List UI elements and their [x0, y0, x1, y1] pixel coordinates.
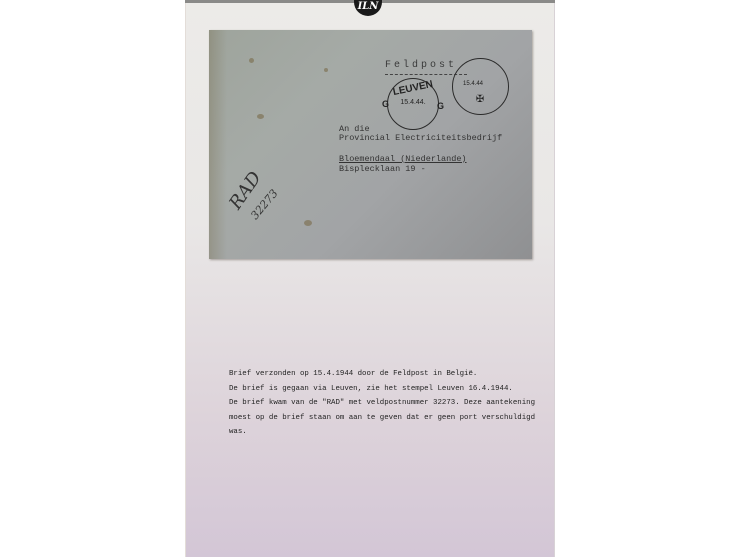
stain: [324, 68, 328, 72]
postmark-letter-right: G: [437, 101, 444, 111]
logo-text: ILN: [354, 0, 382, 14]
envelope-image: Feldpost LEUVEN 15.4.44. G G 15.4.44 ✠ A…: [209, 30, 532, 259]
leuven-postmark: LEUVEN 15.4.44. G G: [387, 78, 439, 130]
stain: [257, 114, 264, 119]
description-line: Brief verzonden op 15.4.1944 door de Fel…: [229, 367, 549, 382]
feldpost-postmark: 15.4.44 ✠: [452, 58, 509, 115]
feldpost-postmark-date: 15.4.44: [463, 81, 503, 87]
stain: [249, 58, 254, 63]
description-line: moest op de brief staan om aan te geven …: [229, 411, 549, 426]
description-line: De brief is gegaan via Leuven, zie het s…: [229, 382, 549, 397]
description-line: was.: [229, 425, 549, 440]
stain: [304, 220, 312, 226]
feldpost-label: Feldpost: [385, 60, 457, 71]
eagle-icon: ✠: [472, 91, 488, 107]
logo-badge: ILN: [354, 0, 382, 16]
address-line: Provincial Electriciteitsbedrijf: [339, 133, 502, 143]
address-line: Bloemendaal (Niederlande): [339, 154, 467, 164]
postmark-letter-left: G: [382, 99, 389, 109]
postmark-date: 15.4.44.: [392, 99, 434, 106]
address-line: Bisplecklaan 19 -: [339, 164, 426, 174]
description-text: Brief verzonden op 15.4.1944 door de Fel…: [229, 367, 549, 440]
description-line: De brief kwam van de "RAD" met veldpostn…: [229, 396, 549, 411]
album-page: ILN Feldpost LEUVEN 15.4.44. G G 15.4.44…: [185, 0, 555, 557]
postmark-city: LEUVEN: [391, 79, 434, 98]
